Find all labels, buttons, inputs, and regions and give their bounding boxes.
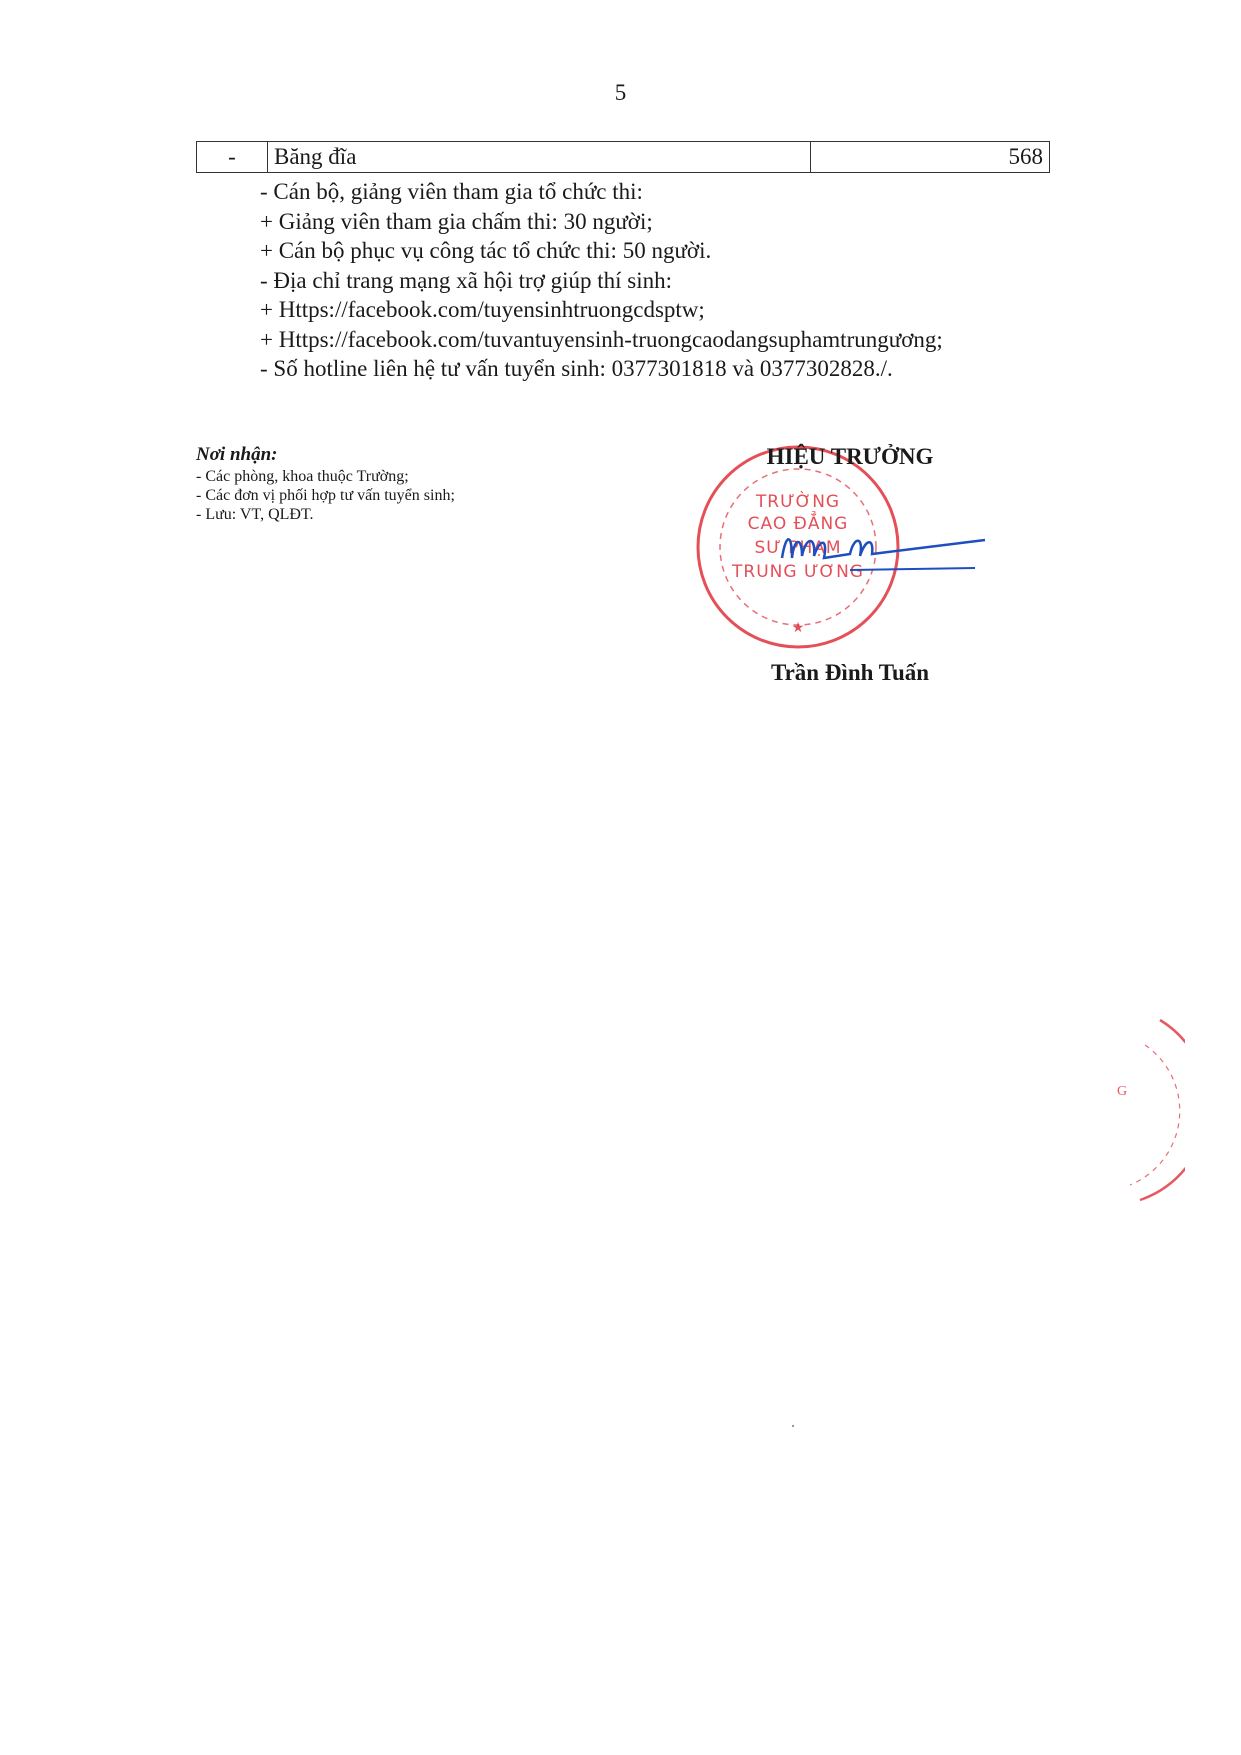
recipients-block: Nơi nhận: - Các phòng, khoa thuộc Trường… xyxy=(196,445,455,524)
social-heading: - Địa chỉ trang mạng xã hội trợ giúp thí… xyxy=(260,266,943,296)
recipients-title: Nơi nhận: xyxy=(196,445,455,464)
item-table: - Băng đĩa 568 xyxy=(196,141,1050,173)
recipient-item: - Các phòng, khoa thuộc Trường; xyxy=(196,467,455,486)
graders-line: + Giảng viên tham gia chấm thi: 30 người… xyxy=(260,207,943,237)
signer-name: Trần Đình Tuấn xyxy=(700,660,1000,686)
recipient-item: - Lưu: VT, QLĐT. xyxy=(196,505,455,524)
svg-text:★: ★ xyxy=(792,621,805,636)
recipient-item: - Các đơn vị phối hợp tư vấn tuyển sinh; xyxy=(196,486,455,505)
row-quantity: 568 xyxy=(811,142,1050,173)
facebook-link-1: + Https://facebook.com/tuyensinhtruongcd… xyxy=(260,295,943,325)
signature-scribble-icon xyxy=(780,528,1000,578)
facebook-link-2: + Https://facebook.com/tuvantuyensinh-tr… xyxy=(260,325,943,355)
row-marker: - xyxy=(197,142,268,173)
hotline-line: - Số hotline liên hệ tư vấn tuyển sinh: … xyxy=(260,354,943,384)
support-staff-line: + Cán bộ phục vụ công tác tổ chức thi: 5… xyxy=(260,236,943,266)
signer-title: HIỆU TRƯỞNG xyxy=(700,444,1000,470)
signature-block: HIỆU TRƯỞNG ★ TRƯỜNG CAO ĐẲNG SƯ PHẠM TR… xyxy=(700,438,1000,698)
table-row: - Băng đĩa 568 xyxy=(197,142,1050,173)
page-number: 5 xyxy=(0,80,1241,106)
stamp-line: TRƯỜNG xyxy=(728,492,868,512)
svg-text:G: G xyxy=(1117,1084,1127,1099)
row-item: Băng đĩa xyxy=(268,142,811,173)
body-text: - Cán bộ, giảng viên tham gia tổ chức th… xyxy=(260,177,943,384)
staff-heading: - Cán bộ, giảng viên tham gia tổ chức th… xyxy=(260,177,943,207)
partial-stamp-icon: G xyxy=(1105,1010,1185,1210)
scan-speck xyxy=(792,1425,794,1427)
